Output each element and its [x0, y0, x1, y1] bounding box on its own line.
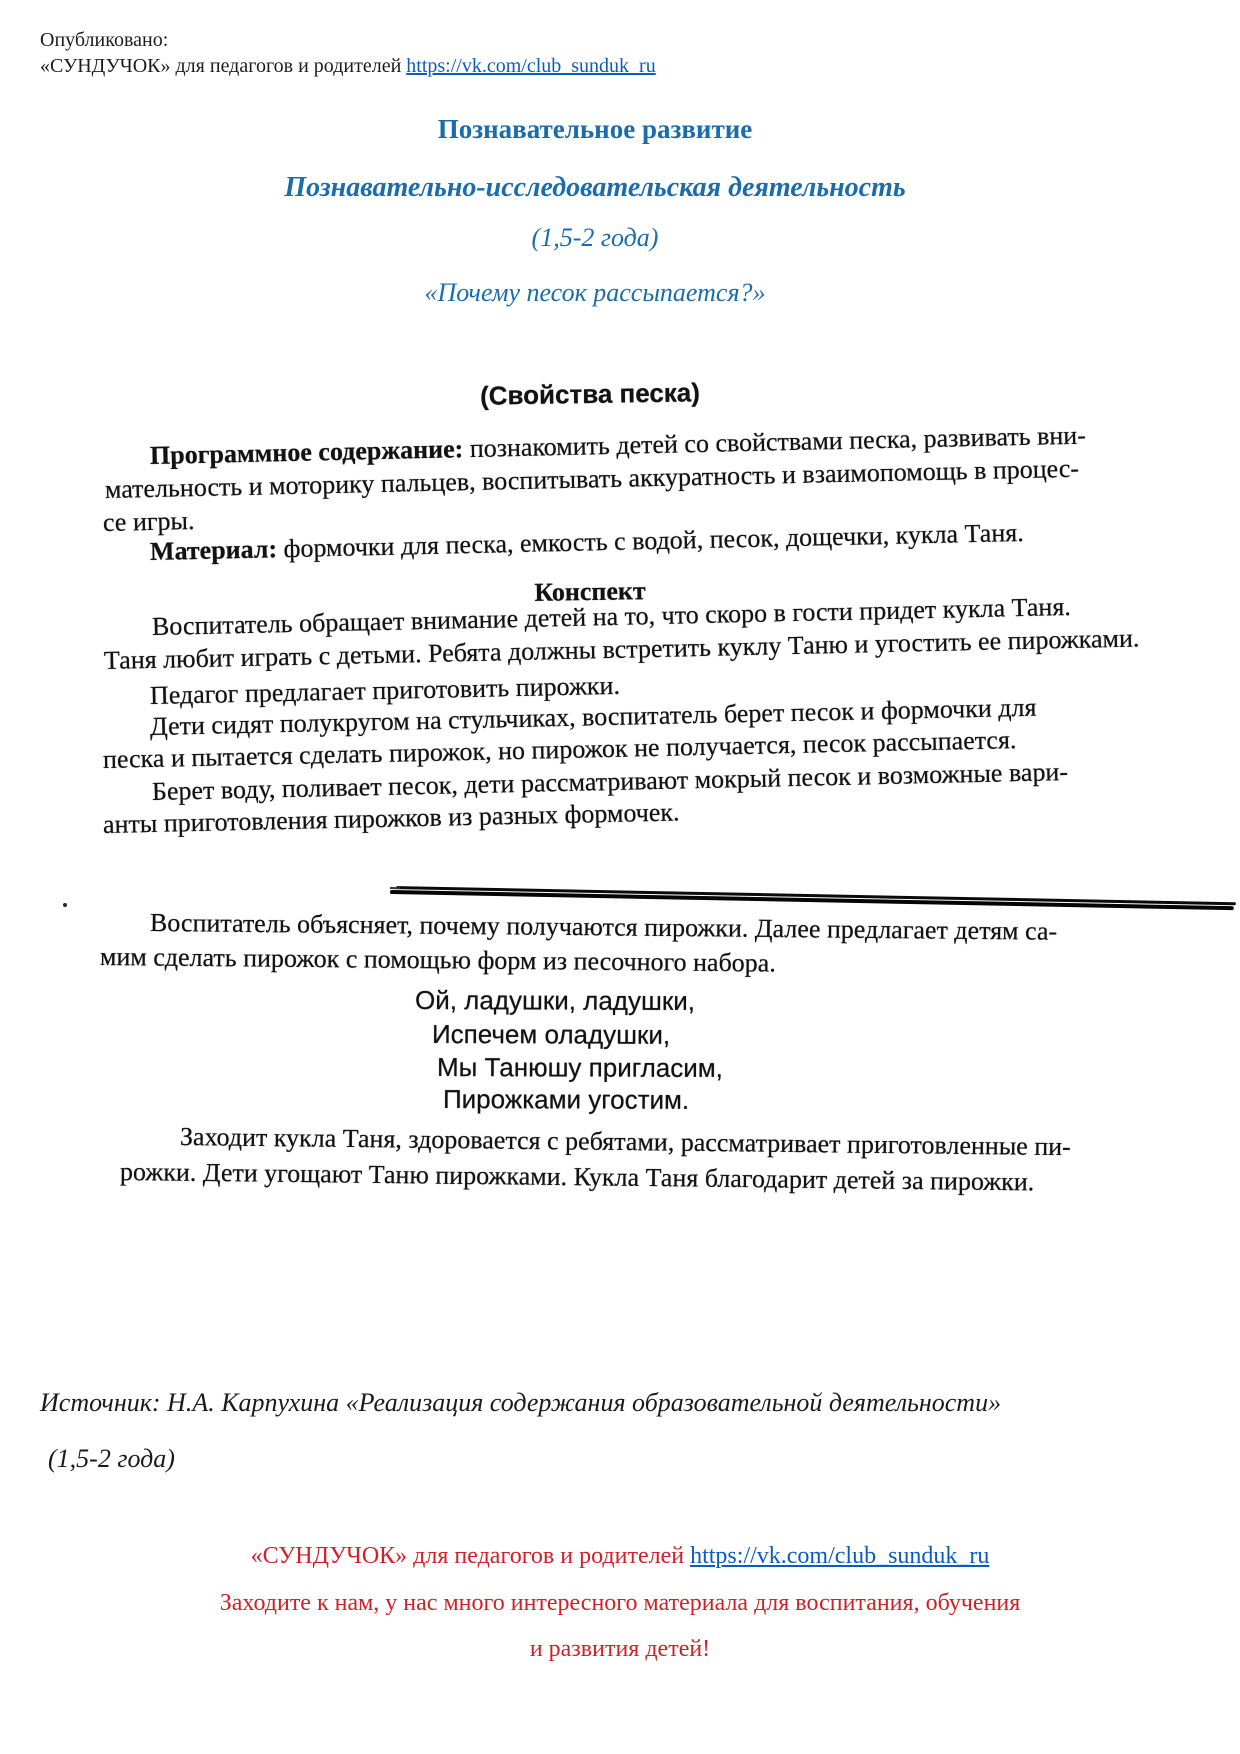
- footer-club-text: «СУНДУЧОК» для педагогов и родителей: [251, 1543, 691, 1569]
- footer-invite-line-1: Заходите к нам, у нас много интересного …: [0, 1590, 1240, 1617]
- doc-lesson-title: «Почему песок рассыпается?»: [0, 278, 1190, 308]
- program-content-line-3: се игры.: [103, 506, 195, 538]
- doc-section-title: Познавательное развитие: [0, 114, 1190, 145]
- poem-line-3: Мы Танюшу пригласим,: [437, 1053, 723, 1084]
- footer-club-link[interactable]: https://vk.com/club_sunduk_ru: [690, 1543, 989, 1569]
- doc-age-range: (1,5-2 года): [0, 223, 1190, 253]
- doc-activity-title: Познавательно-исследовательская деятельн…: [0, 172, 1190, 204]
- body-line-e2: рожки. Дети угощают Таню пирожками. Кукл…: [120, 1157, 1035, 1197]
- body-line-e1: Заходит кукла Таня, здоровается с ребята…: [180, 1122, 1071, 1162]
- material-rest: формочки для песка, емкость с водой, пес…: [277, 518, 1024, 563]
- source-line-2: (1,5-2 года): [48, 1444, 175, 1474]
- body-line-d2: мим сделать пирожок с помощью форм из пе…: [100, 942, 776, 978]
- scan-speck-dot: [63, 903, 67, 907]
- published-label: Опубликовано:: [40, 29, 168, 52]
- document-page: { "colors": { "title_blue": "#1b6cad", "…: [0, 0, 1240, 1754]
- poem-line-4: Пирожками угостим.: [443, 1085, 689, 1116]
- program-content-label: Программное содержание:: [150, 434, 464, 470]
- body-line-d1: Воспитатель объясняет, почему получаются…: [150, 908, 1057, 947]
- scan-divider-line: [390, 886, 1236, 911]
- material-line: Материал: формочки для песка, емкость с …: [150, 518, 1024, 567]
- poem-line-1: Ой, ладушки, ладушки,: [415, 986, 695, 1017]
- poem-line-2: Испечем оладушки,: [432, 1020, 670, 1051]
- header-club-line: «СУНДУЧОК» для педагогов и родителей htt…: [40, 55, 656, 78]
- header-club-link[interactable]: https://vk.com/club_sunduk_ru: [406, 55, 655, 77]
- header-club-text: «СУНДУЧОК» для педагогов и родителей: [40, 55, 406, 77]
- material-label: Материал:: [150, 534, 278, 566]
- source-line-1: Источник: Н.А. Карпухина «Реализация сод…: [40, 1388, 1001, 1418]
- scan-subtitle: (Свойства песка): [0, 371, 1180, 419]
- footer-club-line: «СУНДУЧОК» для педагогов и родителей htt…: [0, 1543, 1240, 1570]
- footer-invite-line-2: и развития детей!: [0, 1636, 1240, 1663]
